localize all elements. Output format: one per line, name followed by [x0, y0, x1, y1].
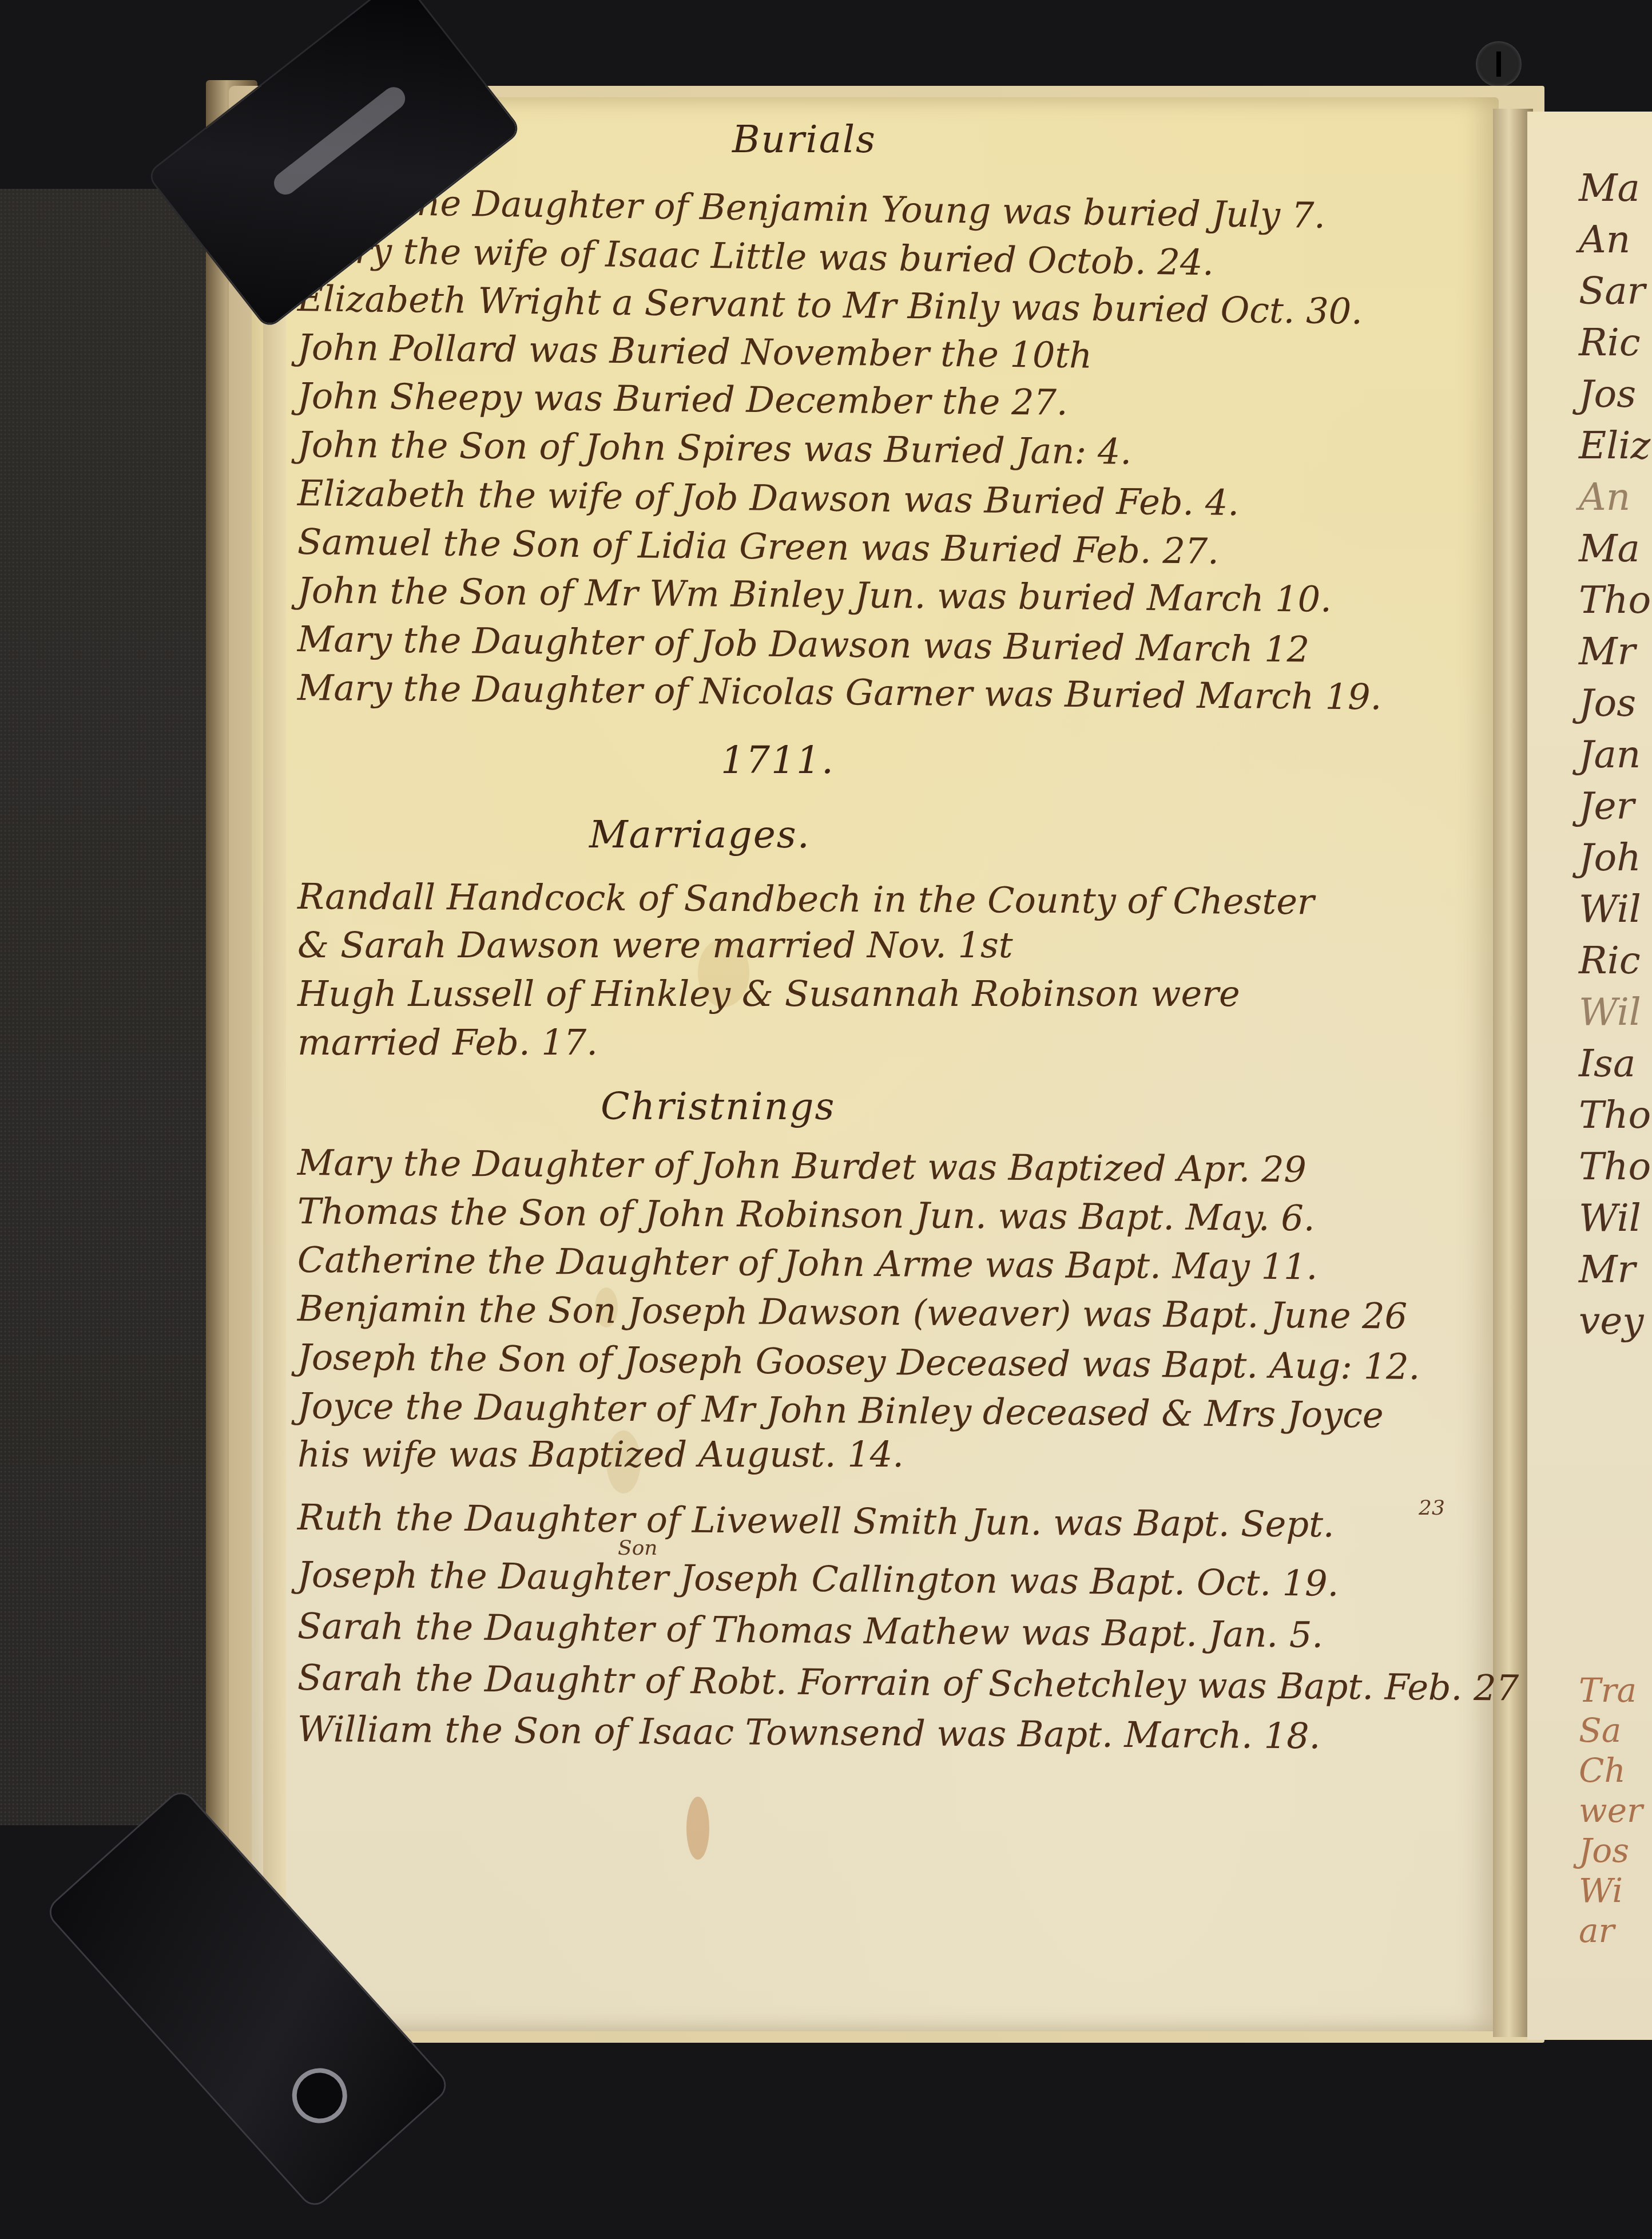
- right-page-fragment: Sar: [1579, 269, 1645, 313]
- marriage-entry: married Feb. 17.: [297, 1021, 598, 1063]
- right-page-fragment: Wil: [1579, 1196, 1641, 1240]
- right-page-fragment: vey: [1579, 1299, 1644, 1343]
- right-page-fragment: Tho: [1579, 1144, 1651, 1188]
- christning-entry: Mary the Daughter of John Burdet was Bap…: [297, 1142, 1306, 1190]
- screw-icon: [1476, 41, 1522, 87]
- right-page-fragment: An: [1579, 475, 1630, 519]
- burials-heading: Burials: [732, 117, 876, 161]
- right-page-faded-fragment: ar: [1579, 1911, 1614, 1950]
- stain: [686, 1797, 709, 1860]
- right-page-fragment: Ma: [1579, 166, 1640, 210]
- right-page-fragment: Mr: [1579, 1247, 1635, 1291]
- right-page-fragment: Isa: [1579, 1041, 1635, 1085]
- right-page-fragment: Wil: [1579, 887, 1641, 931]
- right-page-fragment: Jos: [1579, 372, 1636, 416]
- right-page-fragment: An: [1579, 217, 1630, 261]
- clip-highlight: [269, 82, 410, 199]
- right-page-faded-fragment: wer: [1579, 1791, 1643, 1830]
- right-page-faded-fragment: Jos: [1579, 1831, 1629, 1870]
- christning-entry: William the Son of Isaac Townsend was Ba…: [297, 1708, 1321, 1757]
- right-page-fragment: Ma: [1579, 526, 1640, 570]
- right-page-faded-fragment: Tra: [1579, 1671, 1637, 1710]
- right-page-fragment: Joh: [1579, 835, 1641, 879]
- year-heading: 1711.: [721, 738, 835, 782]
- right-page-faded-fragment: Wi: [1579, 1871, 1623, 1910]
- right-page-fragment: Eliz: [1579, 423, 1650, 467]
- right-page-fragment: Mr: [1579, 629, 1635, 673]
- right-page-fragment: Ric: [1579, 938, 1641, 982]
- burial-entry: John Sheepy was Buried December the 27.: [297, 375, 1068, 423]
- burial-entry: John the Son of John Spires was Buried J…: [297, 423, 1132, 473]
- christning-entry: Thomas the Son of John Robinson Jun. was…: [297, 1190, 1315, 1239]
- inner-margin: [263, 97, 286, 2031]
- christning-entry: his wife was Baptized August. 14.: [297, 1433, 904, 1475]
- burial-entry: John Pollard was Buried November the 10t…: [297, 326, 1093, 377]
- right-page-faded-fragment: Sa: [1579, 1711, 1621, 1750]
- marriage-entry: & Sarah Dawson were married Nov. 1st: [297, 924, 1013, 966]
- christning-entry: Benjamin the Son Joseph Dawson (weaver) …: [297, 1287, 1408, 1337]
- foam-support: [0, 189, 217, 1825]
- clip-hole: [287, 2063, 352, 2128]
- right-page-fragment: Ric: [1579, 320, 1641, 364]
- christning-entry: Sarah the Daughter of Thomas Mathew was …: [297, 1605, 1324, 1656]
- interlinear-day: 23: [1419, 1496, 1445, 1520]
- right-page-fragment: Wil: [1579, 990, 1641, 1034]
- marriage-entry: Hugh Lussell of Hinkley & Susannah Robin…: [297, 973, 1240, 1015]
- right-page-fragment: Jer: [1579, 784, 1634, 828]
- right-page-faded-fragment: Ch: [1579, 1751, 1626, 1790]
- right-page-fragment: Tho: [1579, 578, 1651, 622]
- marriage-entry: Randall Handcock of Sandbech in the Coun…: [297, 875, 1315, 922]
- marriages-heading: Marriages.: [589, 813, 811, 857]
- christning-entry: Catherine the Daughter of John Arme was …: [297, 1239, 1318, 1287]
- christning-entry: Ruth the Daughter of Livewell Smith Jun.…: [297, 1496, 1335, 1545]
- christnings-heading: Christnings: [601, 1084, 835, 1128]
- right-page-fragment: Jos: [1579, 681, 1636, 725]
- right-page-fragment: Jan: [1579, 732, 1641, 776]
- right-page-fragment: Tho: [1579, 1093, 1651, 1137]
